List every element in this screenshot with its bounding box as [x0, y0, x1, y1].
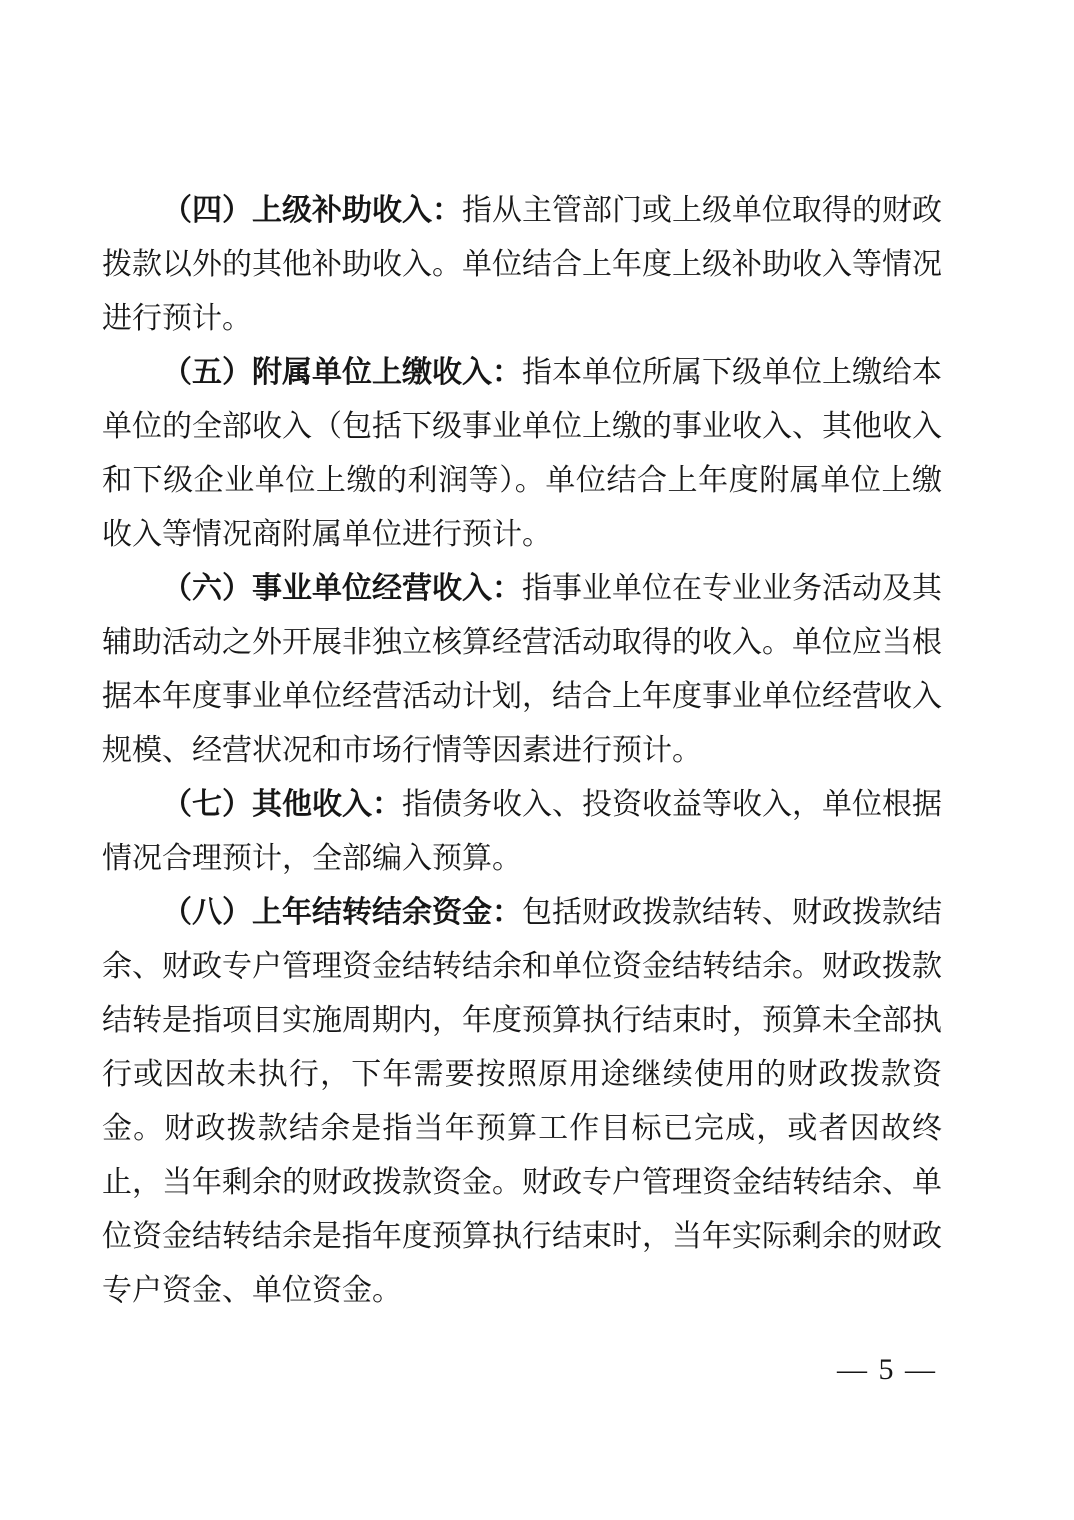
paragraph-5: （五）附属单位上缴收入：指本单位所属下级单位上缴给本单位的全部收入（包括下级事业…: [102, 346, 942, 562]
document-page: （四）上级补助收入：指从主管部门或上级单位取得的财政拨款以外的其他补助收入。单位…: [0, 0, 1074, 1520]
paragraph-6: （六）事业单位经营收入：指事业单位在专业业务活动及其辅助活动之外开展非独立核算经…: [102, 562, 942, 778]
paragraph-8-body: 包括财政拨款结转、财政拨款结余、财政专户管理资金结转结余和单位资金结转结余。财政…: [102, 896, 942, 1307]
page-number: — 5 —: [837, 1348, 937, 1392]
paragraph-7: （七）其他收入：指债务收入、投资收益等收入，单位根据情况合理预计，全部编入预算。: [102, 778, 942, 886]
paragraph-8-heading: （八）上年结转结余资金：: [162, 896, 522, 929]
paragraph-4-heading: （四）上级补助收入：: [162, 194, 462, 227]
paragraph-8: （八）上年结转结余资金：包括财政拨款结转、财政拨款结余、财政专户管理资金结转结余…: [102, 886, 942, 1318]
document-text-block: （四）上级补助收入：指从主管部门或上级单位取得的财政拨款以外的其他补助收入。单位…: [102, 184, 942, 1318]
paragraph-6-heading: （六）事业单位经营收入：: [162, 572, 522, 605]
paragraph-5-heading: （五）附属单位上缴收入：: [162, 356, 522, 389]
paragraph-4: （四）上级补助收入：指从主管部门或上级单位取得的财政拨款以外的其他补助收入。单位…: [102, 184, 942, 346]
paragraph-7-heading: （七）其他收入：: [162, 788, 402, 821]
